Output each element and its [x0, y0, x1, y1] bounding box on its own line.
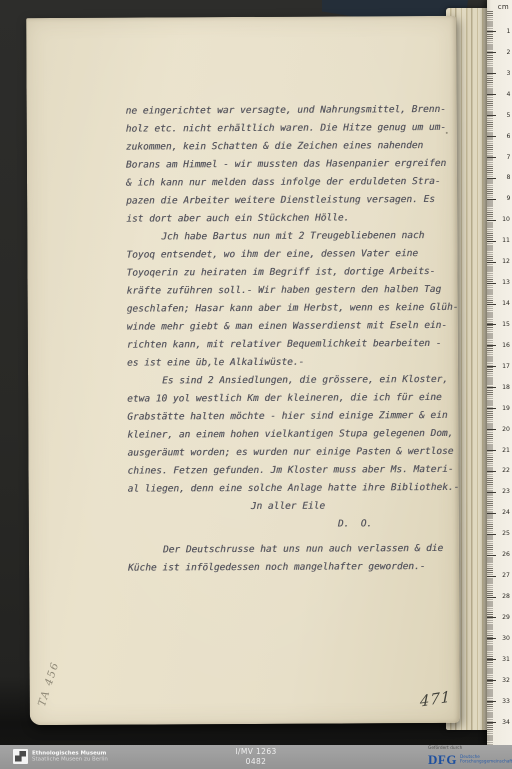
funding-prefix: Gefördert durch	[428, 746, 487, 750]
ruler-cm-tick	[487, 283, 496, 284]
museum-branding: Ethnologisches Museum Staatliche Museen …	[13, 748, 129, 764]
museum-name-block: Ethnologisches Museum Staatliche Museen …	[32, 750, 108, 762]
ruler-unit-label: cm	[498, 3, 509, 11]
archive-scan-number: 0482	[196, 757, 316, 767]
text-line: Jch habe Bartus nun mit 2 Treugebliebene…	[126, 227, 471, 247]
text-line: & ich kann nur melden dass infolge der e…	[126, 173, 471, 193]
text-line: Toyoq entsendet, wo ihm der eine, dessen…	[126, 245, 471, 265]
ruler-cm-label: 31	[502, 656, 510, 662]
ruler-cm-label: 25	[502, 531, 510, 537]
dfg-name-line2: Forschungsgemeinschaft	[460, 760, 512, 765]
text-line: zukommen, kein Schatten & die Zeichen ei…	[126, 137, 471, 157]
ruler-cm-label: 24	[502, 510, 510, 516]
ruler-cm-tick	[487, 492, 496, 493]
ruler-cm-tick	[487, 680, 496, 681]
ruler-cm-label: 29	[502, 614, 510, 620]
ruler-cm-tick	[487, 534, 496, 535]
text-line: Borans am Himmel - wir mussten das Hasen…	[126, 155, 471, 175]
text-line: geschlafen; Hasar kann aber im Herbst, w…	[127, 299, 472, 319]
ruler-cm-tick	[487, 31, 496, 32]
ruler-cm-label: 21	[502, 447, 510, 453]
ruler-cm-label: 7	[506, 154, 510, 160]
ruler-cm-tick	[487, 722, 496, 723]
ruler-cm-label: 16	[502, 342, 510, 348]
ruler-cm-label: 30	[502, 635, 510, 641]
ruler-cm-tick	[487, 576, 496, 577]
text-line: Der Deutschrusse hat uns nun auch verlas…	[128, 540, 473, 560]
handwritten-margin-note: TA 456	[36, 660, 62, 708]
text-line: kleiner, an einem hohen vielkantigen Stu…	[127, 425, 472, 445]
ruler-cm-label: 15	[502, 321, 510, 327]
text-line: Toyoqerin zu heiraten im Begriff ist, do…	[126, 263, 471, 283]
text-line: chines. Fetzen gefunden. Jm Kloster muss…	[127, 461, 472, 481]
ruler-cm-tick	[487, 513, 496, 514]
ruler-cm-tick	[487, 366, 496, 367]
ruler-cm-tick	[487, 115, 496, 116]
ruler-cm-label: 1	[506, 28, 510, 34]
ruler-cm-tick	[487, 241, 496, 242]
text-line: Es sind 2 Ansiedlungen, die grössere, ei…	[127, 371, 472, 391]
ruler-cm-tick	[487, 638, 496, 639]
document-page: ne eingerichtet war versagte, und Nahrun…	[26, 16, 460, 725]
text-line: richten kann, mit relativer Bequemlichke…	[127, 335, 472, 355]
measuring-ruler: cm 1234567891011121314151617181920212223…	[487, 0, 512, 745]
ruler-cm-tick	[487, 52, 496, 53]
ruler-cm-tick	[487, 597, 496, 598]
viewer-footer-bar: Ethnologisches Museum Staatliche Museen …	[0, 745, 512, 769]
ruler-cm-label: 5	[506, 112, 510, 118]
ruler-cm-tick	[487, 450, 496, 451]
ruler-cm-tick	[487, 471, 496, 472]
ruler-cm-tick	[487, 659, 496, 660]
ruler-cm-label: 3	[506, 70, 510, 76]
ruler-cm-label: 4	[506, 91, 510, 97]
ruler-cm-label: 27	[502, 573, 510, 579]
ruler-cm-label: 10	[502, 217, 510, 223]
ruler-cm-label: 34	[502, 719, 510, 725]
ruler-cm-tick	[487, 199, 496, 200]
typewritten-text: ne eingerichtet war versagte, und Nahrun…	[126, 101, 473, 578]
ruler-cm-tick	[487, 178, 496, 179]
ruler-cm-label: 26	[502, 552, 510, 558]
ruler-cm-label: 9	[506, 196, 510, 202]
ruler-cm-label: 6	[506, 133, 510, 139]
text-line: al liegen, denn eine solche Anlage hatte…	[128, 479, 473, 499]
text-line: es ist eine üb,le Alkaliwüste.-	[127, 353, 472, 373]
ruler-cm-tick	[487, 262, 496, 263]
text-line: pazen die Arbeiter weitere Dienstleistun…	[126, 191, 471, 211]
ruler-cm-tick	[487, 73, 496, 74]
dfg-logo: DFG	[428, 753, 457, 766]
text-line: ausgeräumt worden; es wurden nur einige …	[127, 443, 472, 463]
ruler-cm-tick	[487, 387, 496, 388]
ruler-cm-label: 19	[502, 405, 510, 411]
ruler-cm-label: 2	[506, 49, 510, 55]
archive-reference: I/MV 1263 0482	[196, 747, 316, 766]
ruler-cm-label: 14	[502, 300, 510, 306]
ruler-cm-tick	[487, 617, 496, 618]
text-line: holz etc. nicht erhältlich waren. Die Hi…	[126, 119, 471, 139]
ruler-cm-tick	[487, 408, 496, 409]
ruler-cm-label: 33	[502, 698, 510, 704]
ruler-cm-tick	[487, 94, 496, 95]
dfg-name-block: Deutsche Forschungsgemeinschaft	[460, 755, 512, 764]
ruler-cm-tick	[487, 157, 496, 158]
ruler-cm-tick	[487, 304, 496, 305]
museum-logo-icon	[13, 749, 28, 764]
ruler-cm-label: 28	[502, 593, 510, 599]
ruler-cm-tick	[487, 429, 496, 430]
ruler-cm-label: 12	[502, 259, 510, 265]
ruler-cm-label: 11	[502, 238, 510, 244]
ruler-cm-tick	[487, 701, 496, 702]
text-line: winde mehr giebt & man einen Wasserdiens…	[127, 317, 472, 337]
museum-logo-glyph-icon	[15, 751, 26, 762]
ruler-cm-label: 23	[502, 489, 510, 495]
ruler-cm-tick	[487, 345, 496, 346]
text-line: Jn aller Eile	[128, 497, 473, 517]
archive-reference-number: I/MV 1263	[196, 747, 316, 757]
funding-credit: Gefördert durch DFG Deutsche Forschungsg…	[428, 746, 510, 766]
ruler-cm-label: 20	[502, 426, 510, 432]
text-line: D. O.	[128, 515, 473, 535]
text-line: ne eingerichtet war versagte, und Nahrun…	[126, 101, 471, 121]
ruler-cm-label: 13	[502, 279, 510, 285]
ruler-cm-tick	[487, 220, 496, 221]
ruler-cm-tick	[487, 136, 496, 137]
ruler-cm-label: 32	[502, 677, 510, 683]
ruler-cm-label: 18	[502, 384, 510, 390]
paper-speck	[446, 132, 448, 134]
handwritten-page-number: 471	[420, 687, 451, 710]
text-line: ist dort aber auch ein Stückchen Hölle.	[126, 209, 471, 229]
scan-viewport: cm 1234567891011121314151617181920212223…	[0, 0, 512, 769]
ruler-cm-tick	[487, 324, 496, 325]
paper-speck	[354, 341, 356, 343]
text-line: etwa 10 yol westlich Km der kleineren, d…	[127, 389, 472, 409]
ruler-cm-label: 8	[506, 175, 510, 181]
text-line: kräfte zuführen soll.- Wir haben gestern…	[127, 281, 472, 301]
ruler-cm-tick	[487, 555, 496, 556]
text-line: Grabstätte halten möchte - hier sind ein…	[127, 407, 472, 427]
ruler-cm-label: 22	[502, 468, 510, 474]
ruler-cm-label: 17	[502, 363, 510, 369]
museum-subtitle: Staatliche Museen zu Berlin	[32, 756, 108, 762]
text-line: Küche ist infölgedessen noch mangelhafte…	[128, 558, 473, 578]
ruler-mm-ticks	[487, 11, 493, 746]
